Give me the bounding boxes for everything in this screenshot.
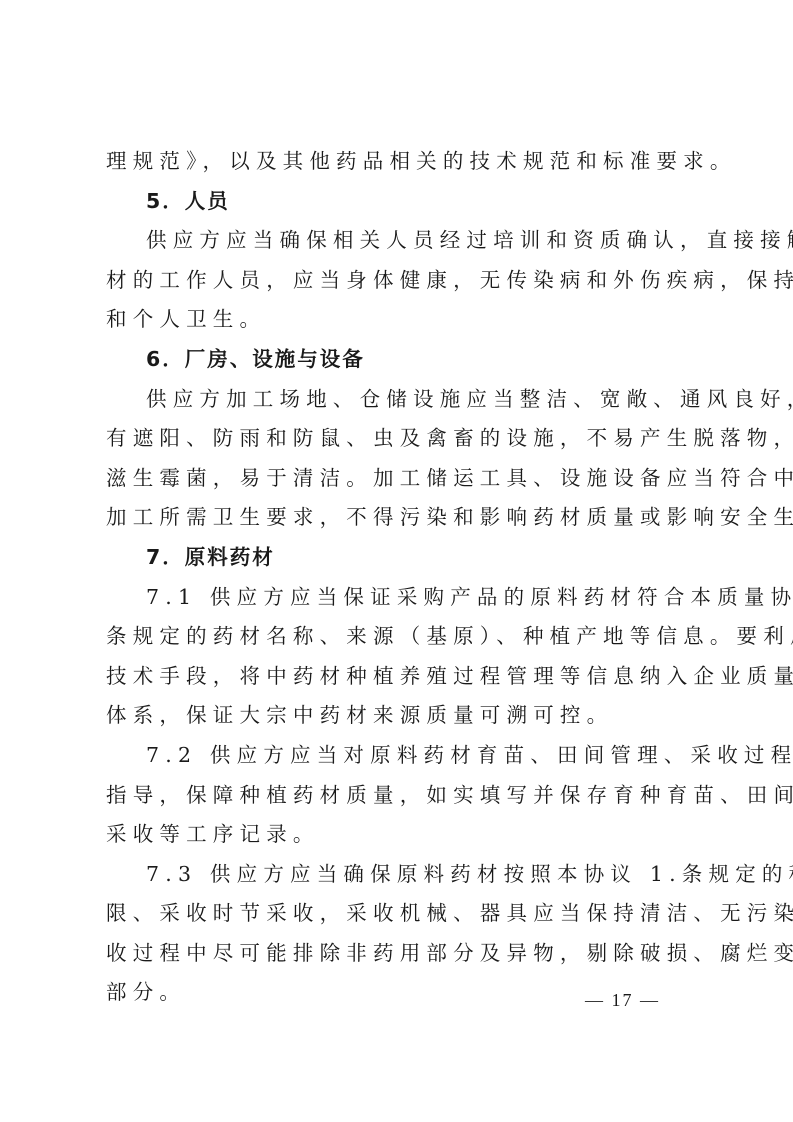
body-line: 7.2 供应方应当对原料药材育苗、田间管理、采收过程加强 xyxy=(106,736,698,776)
section-heading-facilities: 6．厂房、设施与设备 xyxy=(106,340,698,380)
section-heading-raw-materials: 7．原料药材 xyxy=(106,538,698,578)
body-line: 收过程中尽可能排除非药用部分及异物，剔除破损、腐烂变质的 xyxy=(106,934,698,974)
body-line: 技术手段，将中药材种植养殖过程管理等信息纳入企业质量管理 xyxy=(106,657,698,697)
body-line: 采收等工序记录。 xyxy=(106,815,698,855)
body-line: 指导，保障种植药材质量，如实填写并保存育种育苗、田间种植、 xyxy=(106,776,698,816)
body-line: 材的工作人员，应当身体健康，无传染病和外伤疾病，保持环境 xyxy=(106,261,698,301)
body-line: 和个人卫生。 xyxy=(106,300,698,340)
body-line: 供应方应当确保相关人员经过培训和资质确认，直接接触药 xyxy=(106,221,698,261)
body-line: 理规范》，以及其他药品相关的技术规范和标准要求。 xyxy=(106,142,698,182)
body-line: 体系，保证大宗中药材来源质量可溯可控。 xyxy=(106,696,698,736)
body-line: 供应方加工场地、仓储设施应当整洁、宽敞、通风良好，具 xyxy=(106,380,698,420)
body-line: 加工所需卫生要求，不得污染和影响药材质量或影响安全生产。 xyxy=(106,498,698,538)
section-heading-personnel: 5．人员 xyxy=(106,182,698,222)
body-line: 滋生霉菌，易于清洁。加工储运工具、设施设备应当符合中药材 xyxy=(106,459,698,499)
body-line: 限、采收时节采收，采收机械、器具应当保持清洁、无污染，采 xyxy=(106,894,698,934)
body-line: 7.3 供应方应当确保原料药材按照本协议 1.条规定的种植年 xyxy=(106,855,698,895)
document-page: 理规范》，以及其他药品相关的技术规范和标准要求。 5．人员 供应方应当确保相关人… xyxy=(106,142,698,1013)
body-line: 7.1 供应方应当保证采购产品的原料药材符合本质量协议 1. xyxy=(106,578,698,618)
body-line: 条规定的药材名称、来源（基原）、种植产地等信息。要利用信息 xyxy=(106,617,698,657)
body-line: 有遮阳、防雨和防鼠、虫及禽畜的设施，不易产生脱落物，不易 xyxy=(106,419,698,459)
page-number: — 17 — xyxy=(585,990,660,1011)
